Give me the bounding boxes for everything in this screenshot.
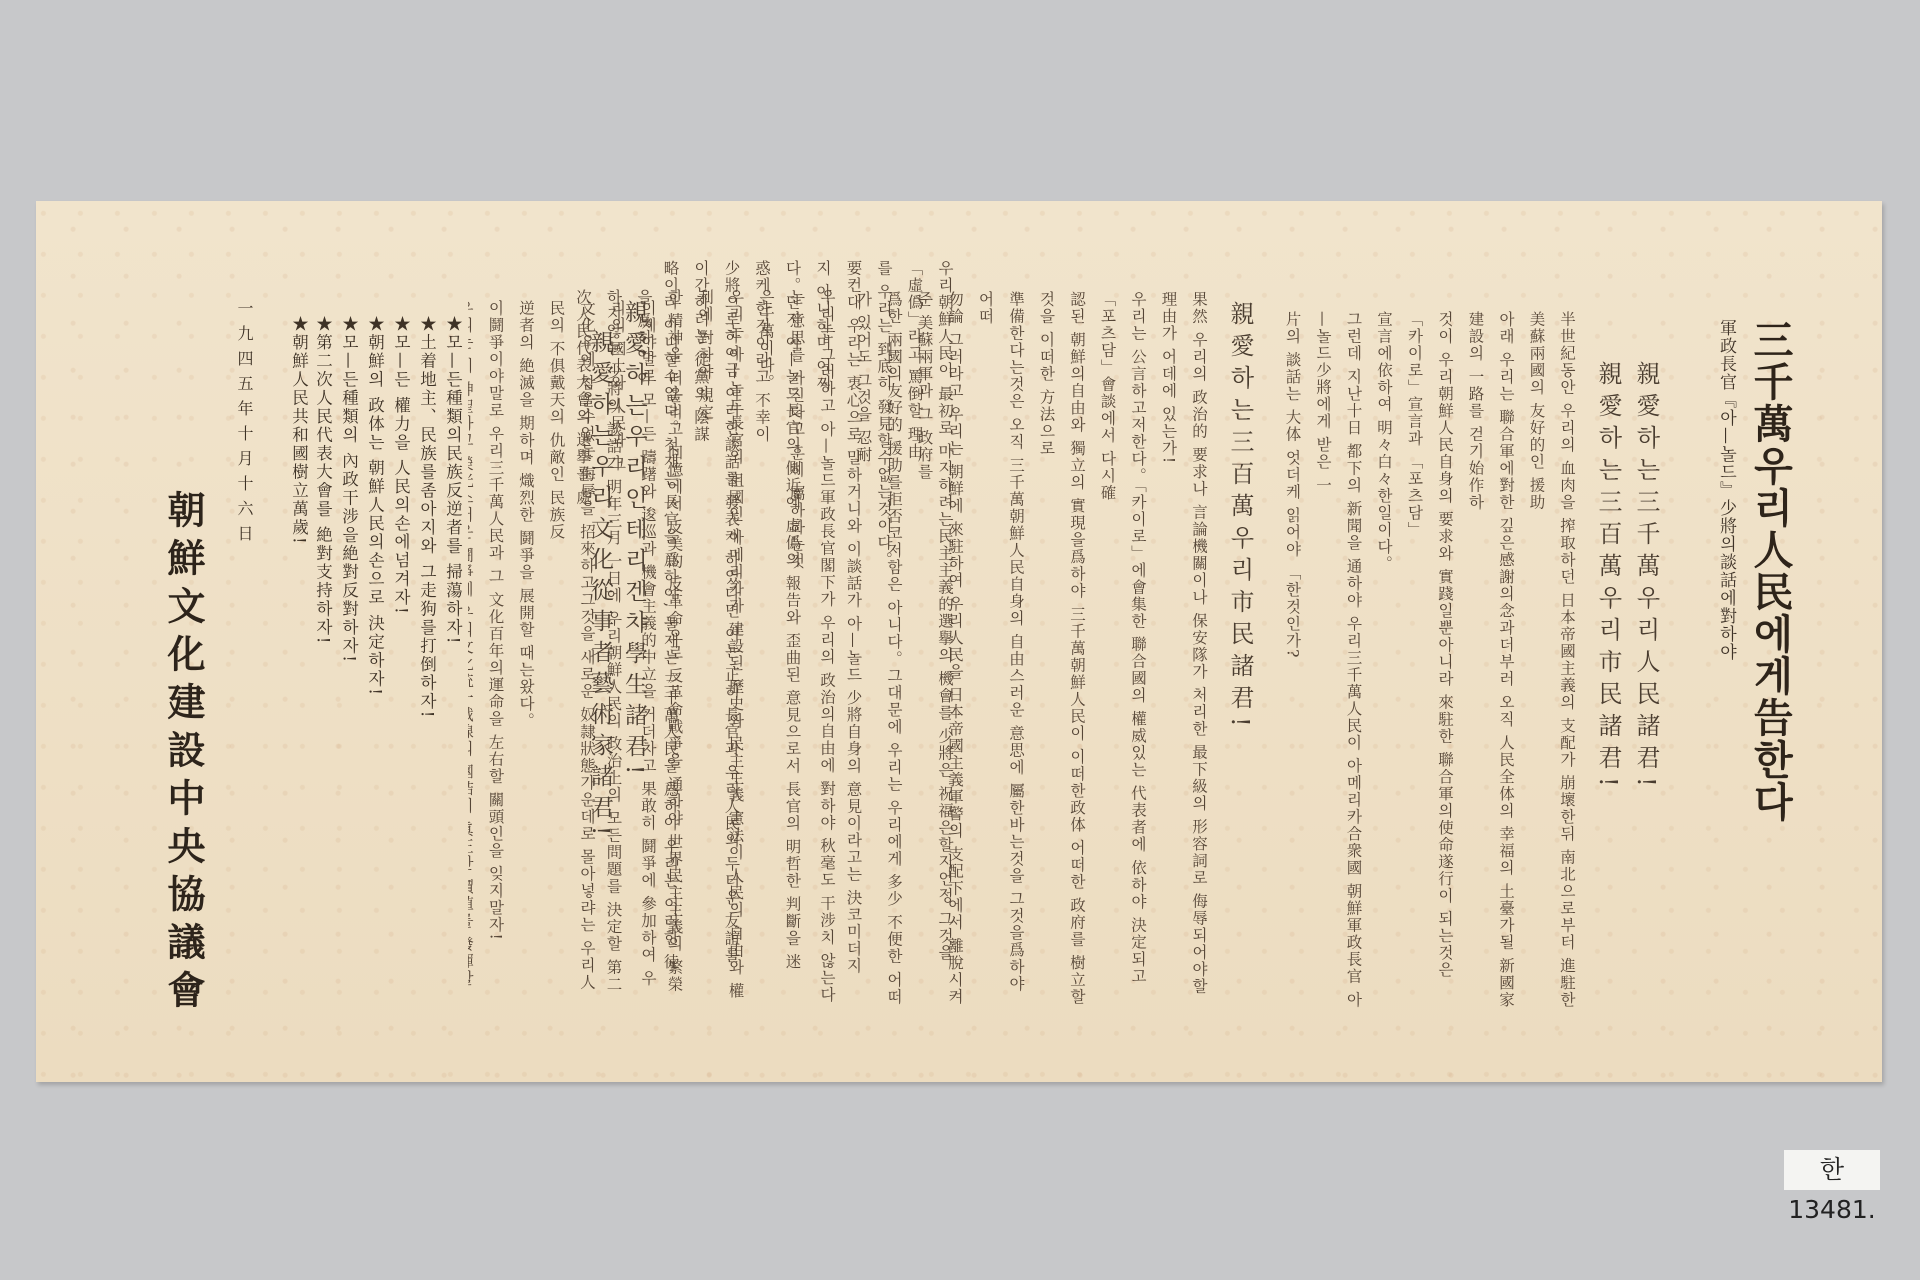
slogan-4: ★朝鮮의 政体는 朝鮮人民의손으로 決定하자! [366, 315, 383, 697]
leaflet-headline: 三千萬우리人民에게告한다 [1750, 319, 1790, 823]
greeting-citizens-repeat: 親愛하는三百萬우리市民諸君! [1228, 301, 1252, 735]
slogan-7: ★朝鮮人民共和國樹立萬歲! [290, 315, 307, 546]
body-section-4: 우리朝鮮人民이 最初로 마지하려는民主主義的選擧의 機會를 少將은 祝福은할지언… [660, 260, 960, 980]
greeting-citizens: 親愛하는三百萬우리市民諸君! [1596, 361, 1620, 795]
slogan-3: ★모—든 權力을 人民의손에넘겨자! [392, 315, 409, 616]
greeting-people: 親愛하는三千萬우리人民諸君! [1634, 361, 1658, 795]
slogan-2: ★土着地主、民族를좀아지와 그走狗를打倒하자! [418, 315, 435, 719]
slogan-1: ★모—든種類의民族反逆者를 掃蕩하자! [444, 315, 461, 645]
leaflet-subtitle: 軍政長官『아—놀드』少將의談話에對하야 [1717, 319, 1734, 661]
slogan-6: ★第二次人民代表大會를 絶對支持하자! [314, 315, 331, 645]
body-section-5: 이제야말로 모—든 躊躇와 逡巡과 機會主義的中立을 거더차고 果敢히 鬪爭에 … [468, 300, 663, 1000]
catalog-label: 한13481. [1784, 1150, 1880, 1190]
slogan-5: ★모—든種類의 內政干涉을絶對反對하자! [340, 315, 357, 664]
document-date: 一九四五年十月十六日 [236, 300, 252, 550]
organization-name: 朝鮮文化建設中央協議會 [164, 490, 202, 1018]
body-section-1: 半世紀동안 우리의 血肉을 搾取하던 日本帝國主義의 支配가 崩壞한뒤 南北으로… [1277, 311, 1582, 1011]
